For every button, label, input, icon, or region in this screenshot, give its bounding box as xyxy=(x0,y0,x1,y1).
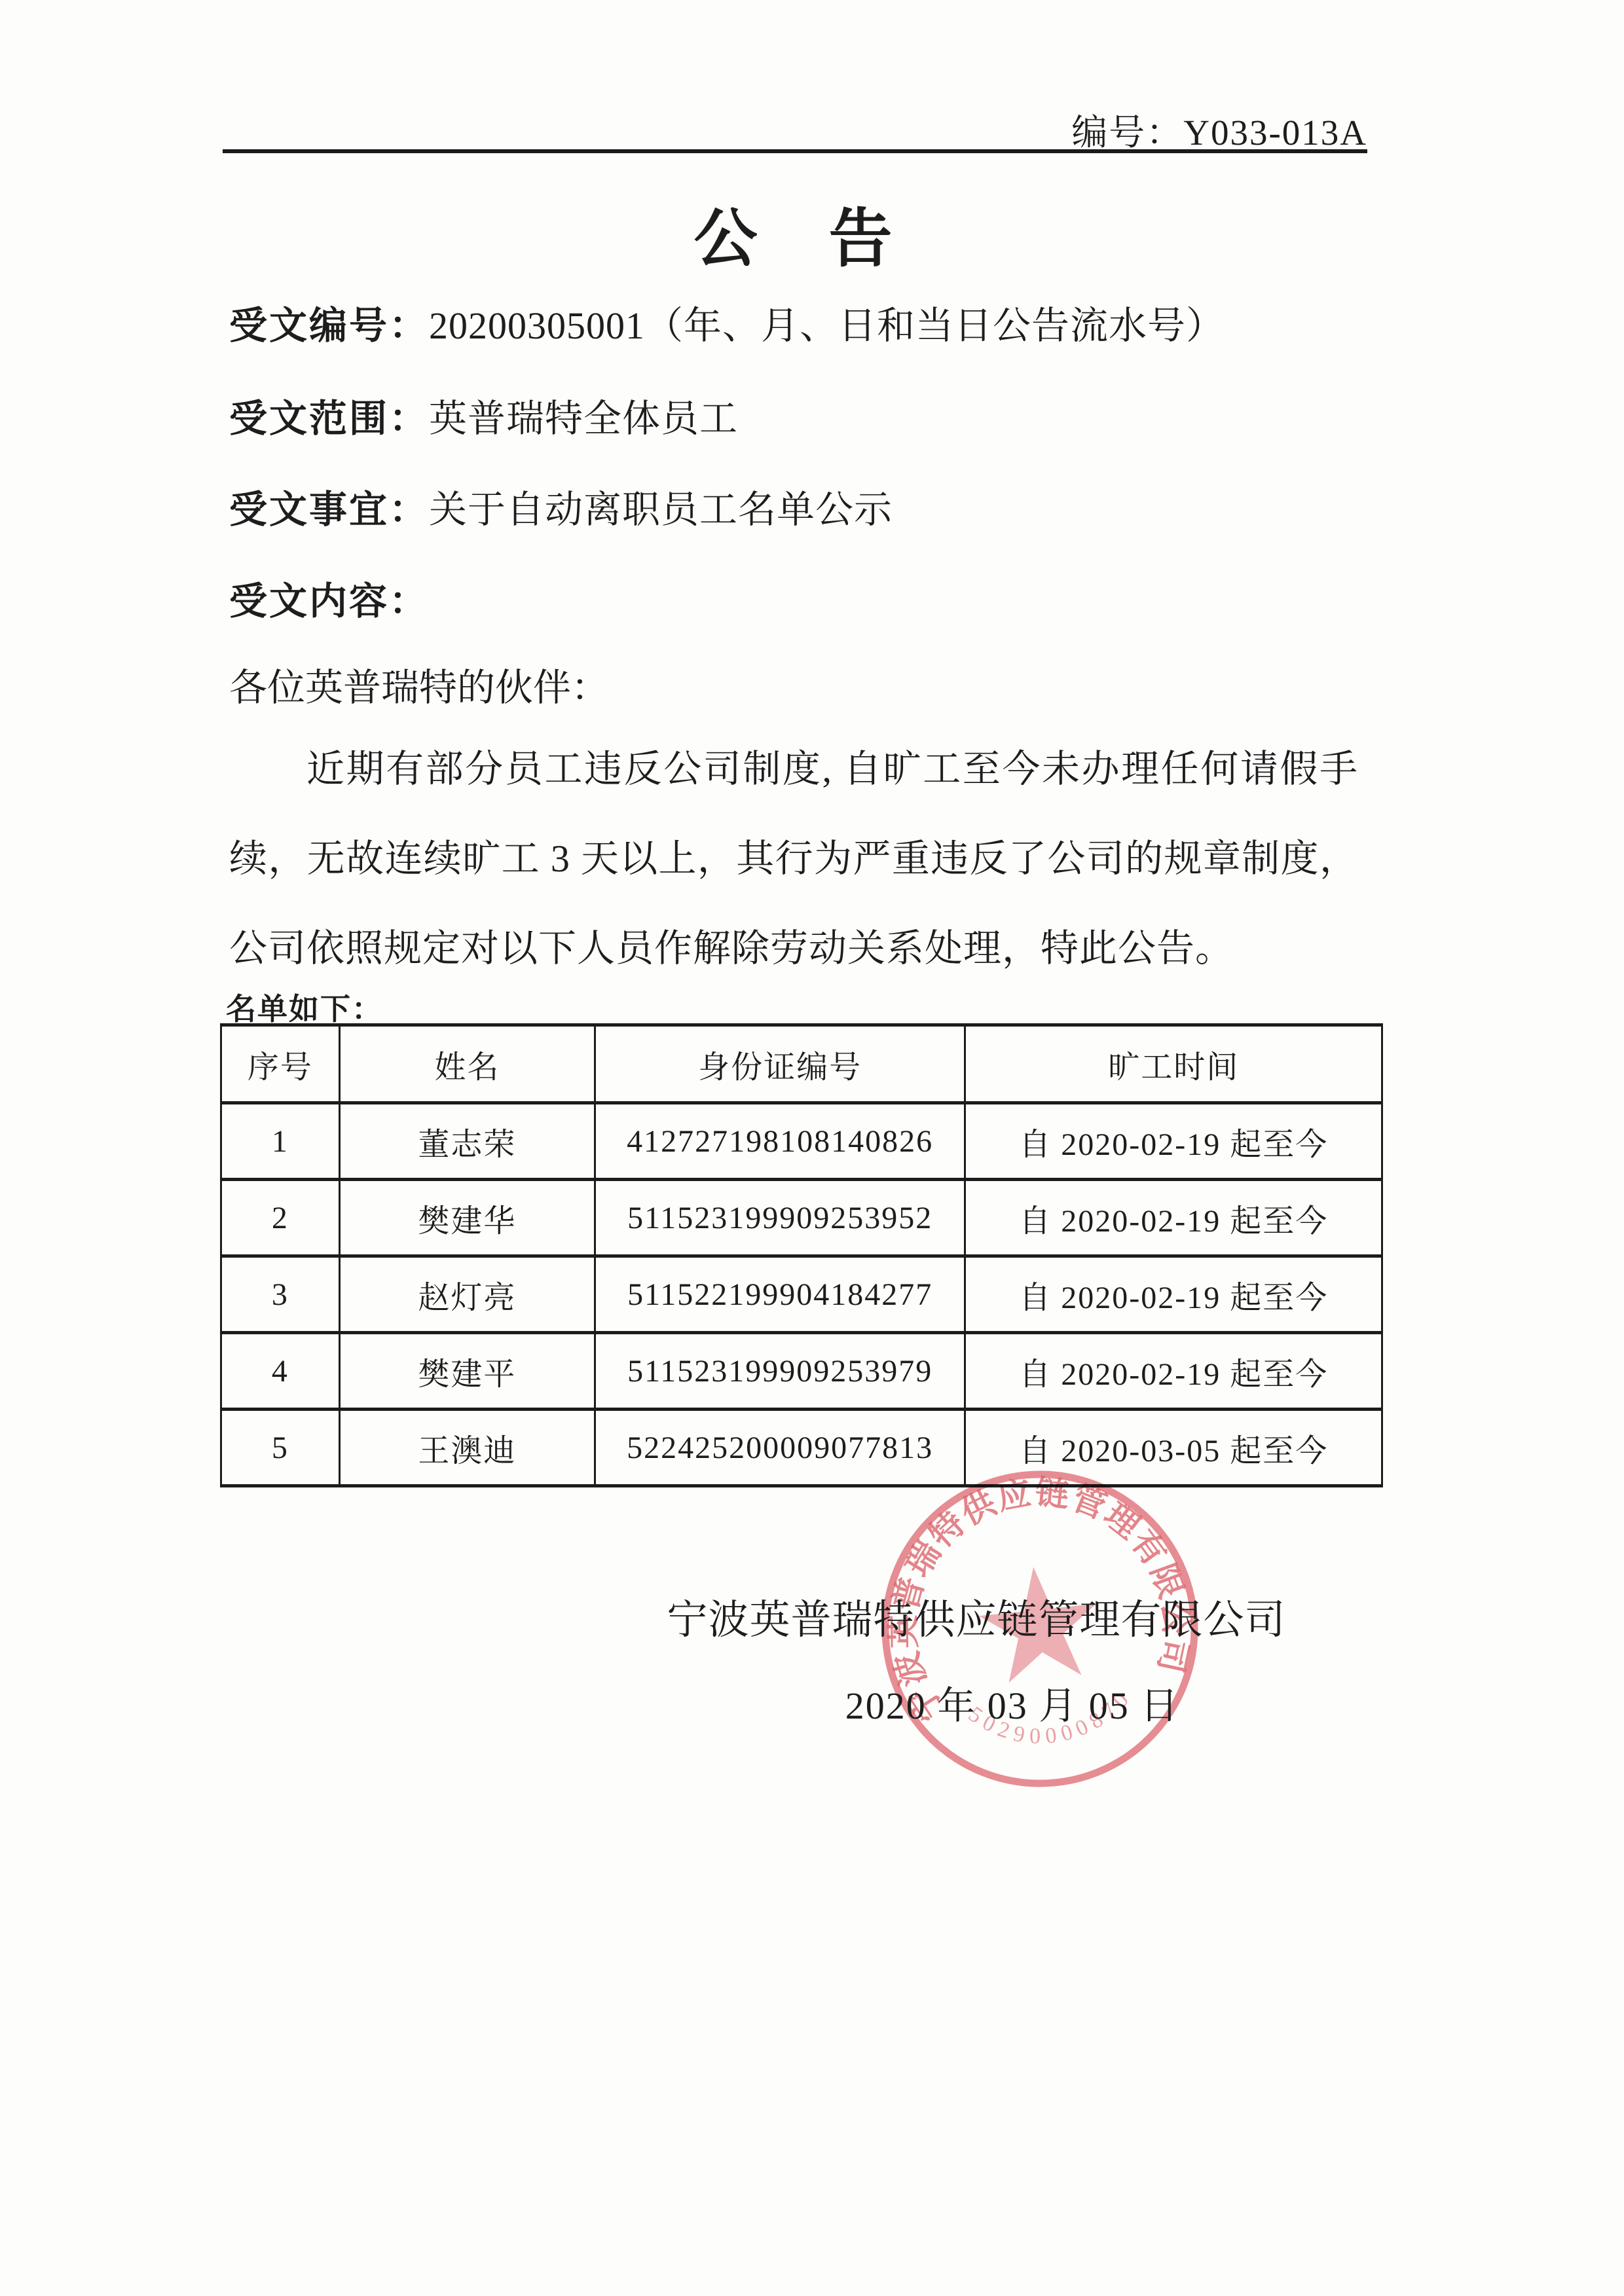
cell-name: 樊建平 xyxy=(339,1333,595,1410)
meta-value: 20200305001（年、月、日和当日公告流水号） xyxy=(429,304,1225,347)
meta-line-subject: 受文事宜：关于自动离职员工名单公示 xyxy=(229,479,893,534)
signature-date: 2020 年 03 月 05 日 xyxy=(665,1675,1359,1730)
table-row: 1 董志荣 412727198108140826 自 2020-02-19 起至… xyxy=(221,1103,1382,1180)
header-absence-period: 旷工时间 xyxy=(965,1025,1382,1103)
cell-absence-period: 自 2020-02-19 起至今 xyxy=(965,1333,1382,1410)
meta-line-scope: 受文范围：英普瑞特全体员工 xyxy=(229,388,738,443)
cell-name: 赵灯亮 xyxy=(339,1256,595,1333)
cell-name: 樊建华 xyxy=(339,1180,595,1256)
cell-name: 王澳迪 xyxy=(339,1410,595,1486)
meta-value: 英普瑞特全体员工 xyxy=(429,397,738,440)
cell-name: 董志荣 xyxy=(339,1103,595,1180)
cell-index: 2 xyxy=(221,1180,340,1256)
cell-absence-period: 自 2020-02-19 起至今 xyxy=(965,1103,1382,1180)
page-title: 公 告 xyxy=(223,187,1367,279)
table-row: 2 樊建华 511523199909253952 自 2020-02-19 起至… xyxy=(221,1180,1382,1256)
meta-label: 受文范围： xyxy=(229,397,429,440)
cell-absence-period: 自 2020-02-19 起至今 xyxy=(965,1256,1382,1333)
cell-index: 3 xyxy=(221,1256,340,1333)
meta-label: 受文事宜： xyxy=(229,488,429,531)
cell-id-number: 412727198108140826 xyxy=(595,1103,965,1180)
dismissed-employees-table: 序号 姓名 身份证编号 旷工时间 1 董志荣 41272719810814082… xyxy=(220,1023,1383,1487)
salutation: 各位英普瑞特的伙伴： xyxy=(229,657,609,712)
table-row: 5 王澳迪 522425200009077813 自 2020-03-05 起至… xyxy=(221,1410,1382,1486)
meta-label: 受文编号： xyxy=(229,304,429,347)
table-row: 3 赵灯亮 511522199904184277 自 2020-02-19 起至… xyxy=(221,1256,1382,1333)
cell-id-number: 511522199904184277 xyxy=(595,1256,965,1333)
meta-line-content: 受文内容： xyxy=(229,570,429,625)
doc-code: 编号：Y033-013A xyxy=(223,103,1367,155)
header-index: 序号 xyxy=(221,1025,340,1103)
signature-company: 宁波英普瑞特供应链管理有限公司 xyxy=(629,1587,1323,1645)
list-intro: 名单如下： xyxy=(226,985,383,1029)
cell-id-number: 511523199909253952 xyxy=(595,1180,965,1256)
header-name: 姓名 xyxy=(339,1025,595,1103)
cell-index: 4 xyxy=(221,1333,340,1410)
table-header-row: 序号 姓名 身份证编号 旷工时间 xyxy=(221,1025,1382,1103)
meta-line-doc-number: 受文编号：20200305001（年、月、日和当日公告流水号） xyxy=(229,295,1225,350)
meta-label: 受文内容： xyxy=(229,580,429,623)
body-paragraph: 近期有部分员工违反公司制度, 自旷工至今未办理任何请假手续，无故连续旷工 3 天… xyxy=(229,724,1358,993)
cell-index: 5 xyxy=(221,1410,340,1486)
table-row: 4 樊建平 511523199909253979 自 2020-02-19 起至… xyxy=(221,1333,1382,1410)
document-page: 编号：Y033-013A 公 告 受文编号：20200305001（年、月、日和… xyxy=(0,0,1624,2296)
meta-value: 关于自动离职员工名单公示 xyxy=(429,488,893,531)
header-divider xyxy=(223,149,1367,153)
cell-id-number: 511523199909253979 xyxy=(595,1333,965,1410)
cell-absence-period: 自 2020-02-19 起至今 xyxy=(965,1180,1382,1256)
cell-index: 1 xyxy=(221,1103,340,1180)
header-id-number: 身份证编号 xyxy=(595,1025,965,1103)
